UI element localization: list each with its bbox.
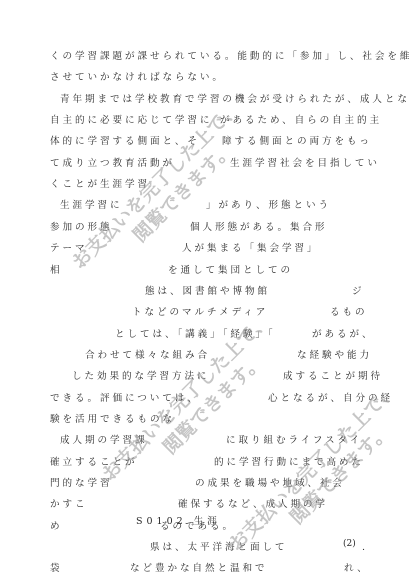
text-segment: 人が集まる「集会学習」 — [182, 243, 319, 255]
text-segment: トなどのマルチメディア — [132, 307, 268, 319]
document-page: くの学習課題が課せられている。能動的に「参加」し、社会を維持発展させていかなけれ… — [0, 0, 410, 580]
text-segment: 態は、図書館や博物館 — [145, 286, 270, 298]
text-segment: . — [362, 542, 368, 554]
text-segment: め — [50, 521, 63, 533]
text-segment: させていかなければならない。 — [50, 72, 225, 84]
text-segment: など豊かな自然と温和で — [130, 563, 267, 575]
text-segment: 」があり、形態という — [206, 200, 331, 212]
text-segment: があるが、 — [312, 329, 374, 341]
document-code: S0102 生涯 — [136, 513, 221, 527]
text-segment: 個人形態がある。集合形 — [190, 222, 327, 234]
text-segment: ジ — [352, 286, 365, 298]
text-segment: くの学習課題が課せられている。能動的に「参加」し、社会を維持発展 — [50, 51, 410, 63]
text-segment: れ、 — [344, 563, 370, 575]
text-segment: 生涯学習社会を目指してい — [230, 158, 380, 170]
text-segment: るもの — [330, 307, 367, 319]
text-segment: 自主的に必要に応じて学習に — [50, 115, 212, 127]
text-segment: 袋 — [50, 563, 63, 575]
text-segment: 合わせて様々な組み合 — [85, 350, 210, 362]
text-segment: かすこ — [50, 499, 87, 511]
watermark: お支払いを完了した上で、 閲覧できます。 — [225, 379, 410, 574]
text-segment: 相 — [50, 265, 63, 277]
text-segment: 成することが期待 — [283, 371, 383, 383]
text-segment: を通して集団としての — [168, 265, 293, 277]
text-segment: 生涯学習に — [60, 200, 122, 212]
page-number: (2) — [343, 539, 356, 549]
text-segment: 門的な学習 — [50, 478, 112, 490]
text-segment: な経験や能力 — [297, 350, 372, 362]
